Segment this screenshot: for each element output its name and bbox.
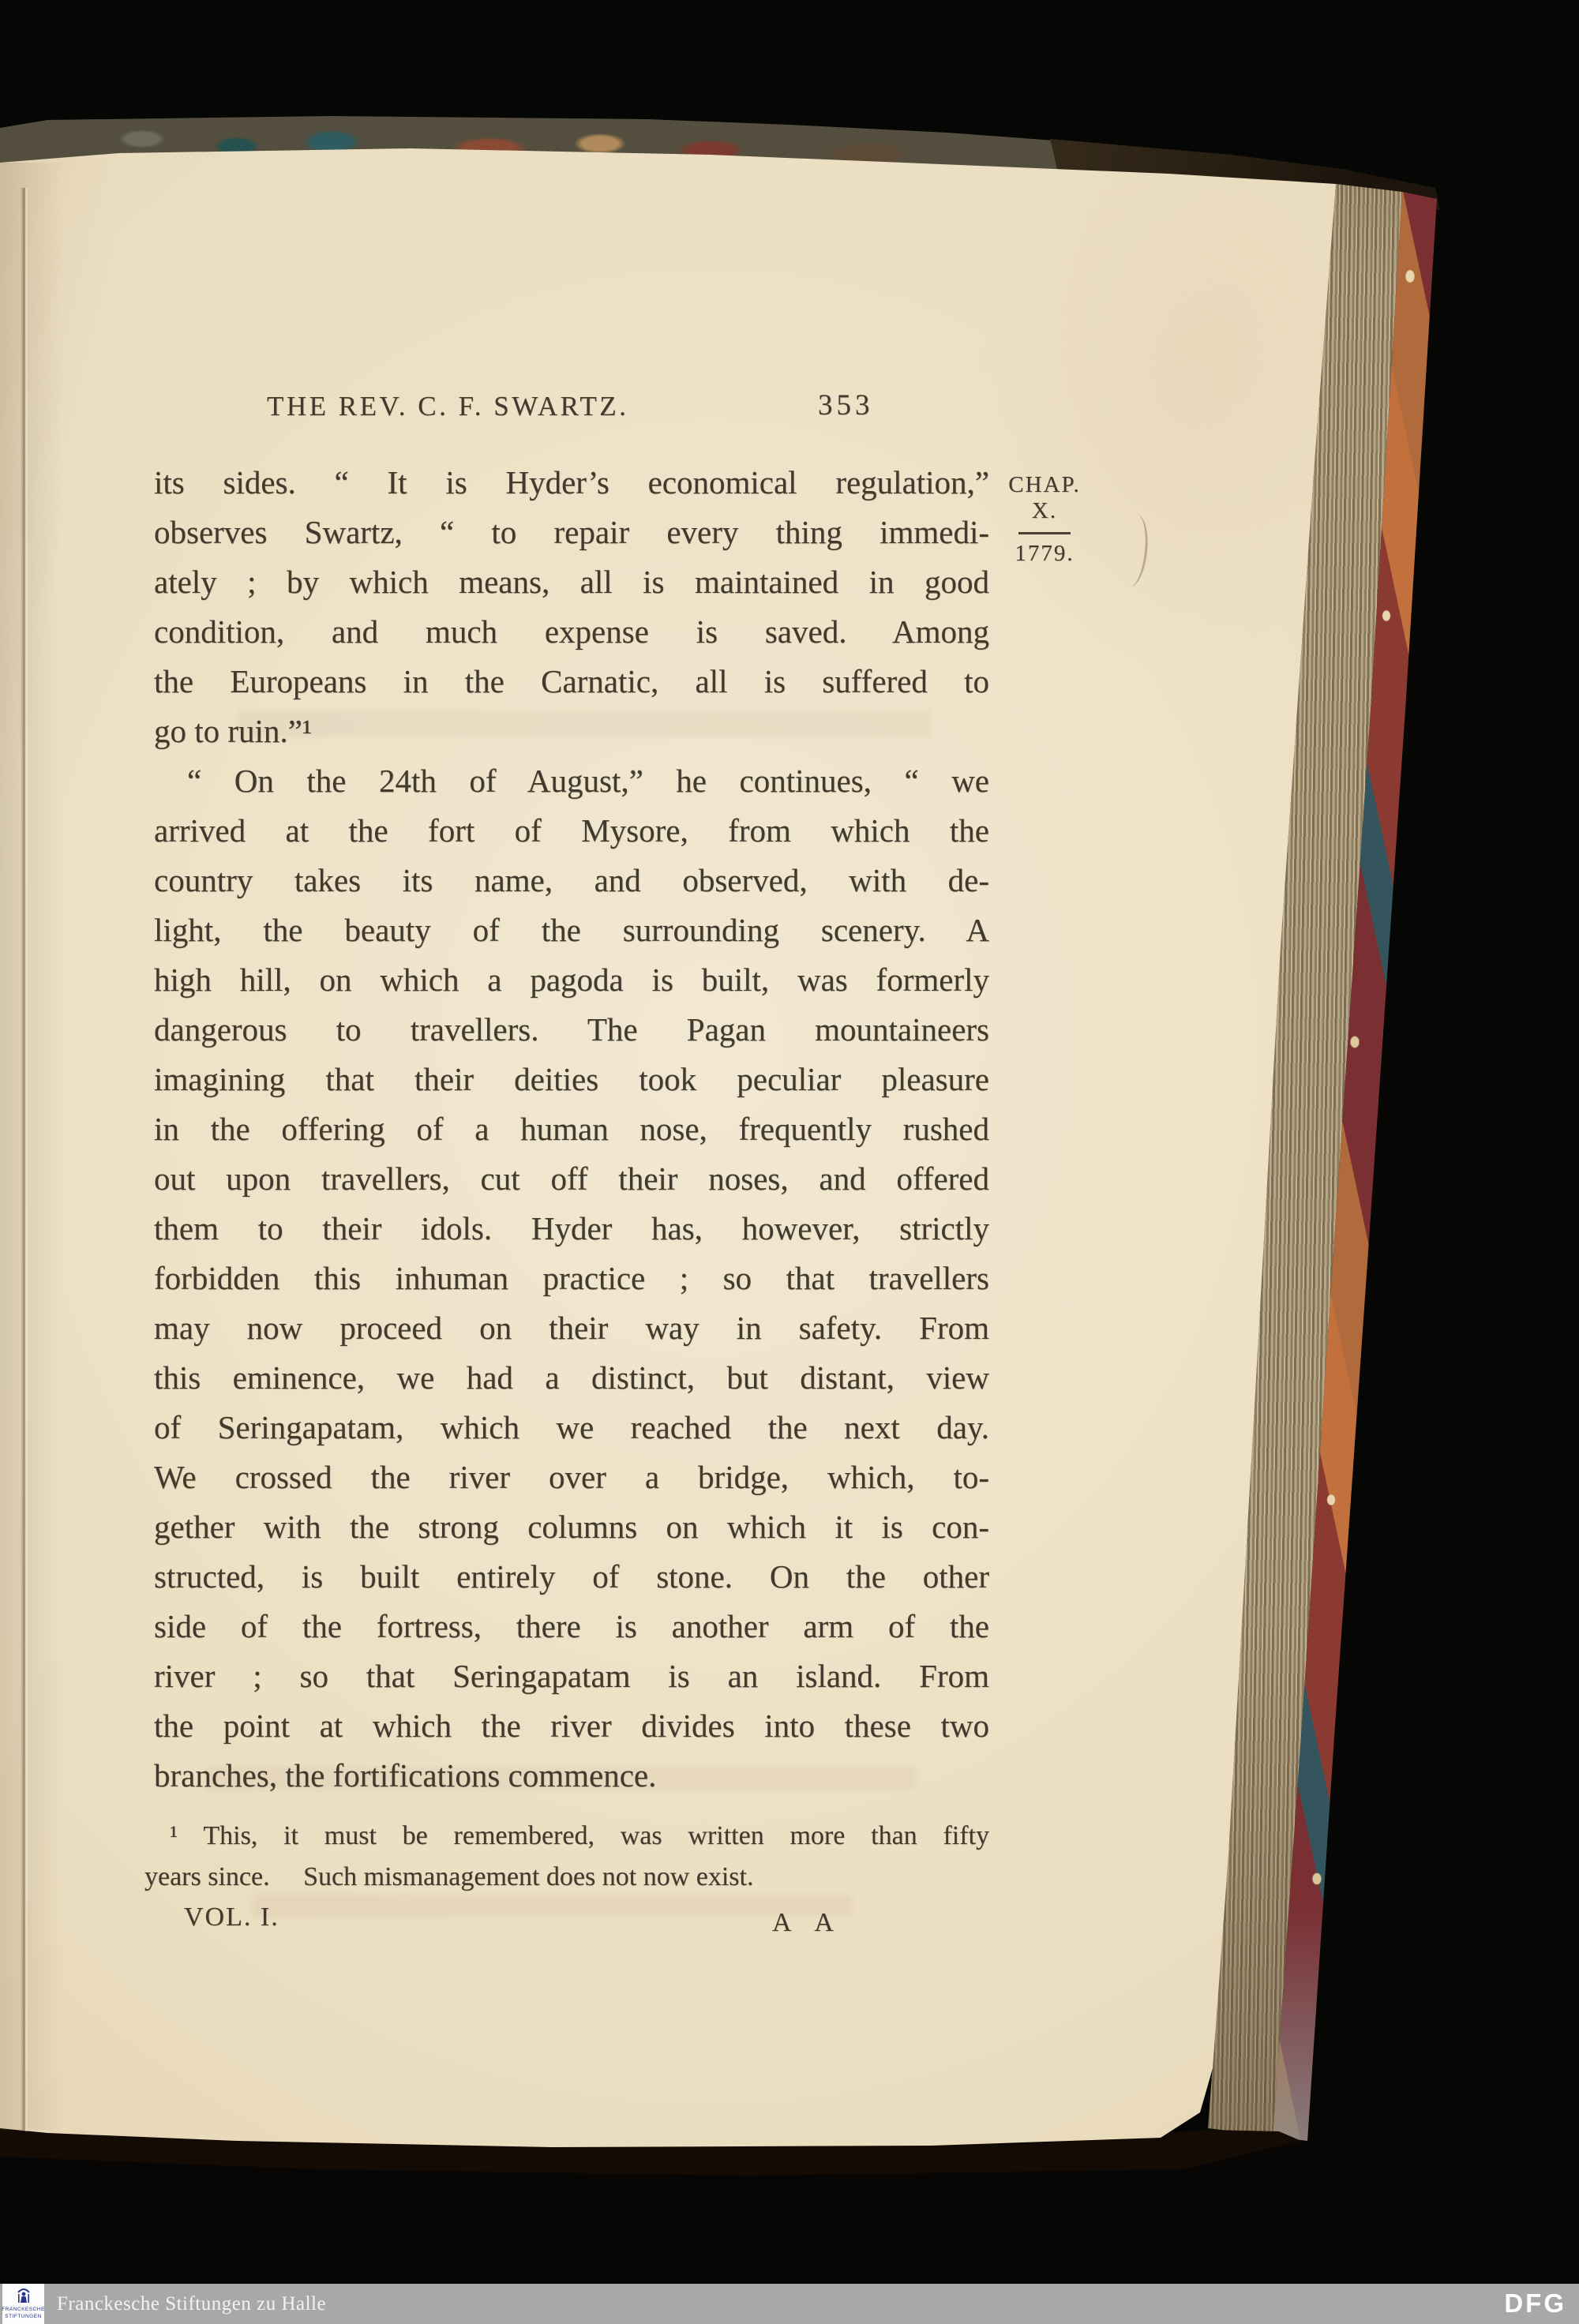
library-name-label: Franckesche Stiftungen zu Halle bbox=[57, 2284, 326, 2324]
show-through-smudge bbox=[253, 1895, 853, 1917]
body-line: may now proceed on their way in safety. … bbox=[154, 1303, 989, 1353]
running-header: THE REV. C. F. SWARTZ. bbox=[267, 391, 628, 422]
page-number: 353 bbox=[818, 388, 874, 422]
franckesche-stiftungen-logo: FRANCKESCHE STIFTUNGEN bbox=[2, 2284, 44, 2324]
body-line: river ; so that Seringapatam is an islan… bbox=[154, 1651, 989, 1701]
body-line: gether with the strong columns on which … bbox=[154, 1502, 989, 1552]
dfg-logo: DFG bbox=[1504, 2284, 1566, 2324]
body-line: light, the beauty of the surrounding sce… bbox=[154, 905, 989, 955]
body-line: them to their idols. Hyder has, however,… bbox=[154, 1204, 989, 1254]
signature-mark: A A bbox=[772, 1908, 843, 1938]
volume-label: VOL. I. bbox=[184, 1902, 279, 1932]
body-line: out upon travellers, cut off their noses… bbox=[154, 1154, 989, 1204]
body-line: forbidden this inhuman practice ; so tha… bbox=[154, 1254, 989, 1303]
body-line: of Seringapatam, which we reached the ne… bbox=[154, 1403, 989, 1452]
chapter-label: CHAP. bbox=[993, 472, 1096, 498]
chapter-year: 1779. bbox=[993, 541, 1096, 567]
footnote-line: ¹ This, it must be remembered, was writt… bbox=[144, 1816, 989, 1857]
body-line: in the offering of a human nose, frequen… bbox=[154, 1104, 989, 1154]
footnote-block: ¹ This, it must be remembered, was writt… bbox=[144, 1816, 989, 1898]
chapter-margin-note: CHAP. X. 1779. bbox=[993, 472, 1096, 567]
body-line: side of the fortress, there is another a… bbox=[154, 1602, 989, 1651]
body-line: arrived at the fort of Mysore, from whic… bbox=[154, 806, 989, 856]
body-line: the Europeans in the Carnatic, all is su… bbox=[154, 657, 989, 707]
body-line: branches, the fortifications commence. bbox=[154, 1751, 989, 1801]
body-line: ately ; by which means, all is maintaine… bbox=[154, 557, 989, 607]
body-line: We crossed the river over a bridge, whic… bbox=[154, 1452, 989, 1502]
body-line: “ On the 24th of August,” he continues, … bbox=[154, 756, 989, 806]
franckesche-logo-text-line1: FRANCKESCHE bbox=[2, 2307, 45, 2313]
body-line: imagining that their deities took peculi… bbox=[154, 1055, 989, 1104]
franckesche-emblem-icon bbox=[17, 2288, 31, 2307]
scanned-book-viewer: THE REV. C. F. SWARTZ. 353 CHAP. X. 1779… bbox=[0, 0, 1579, 2324]
body-line: dangerous to travellers. The Pagan mount… bbox=[154, 1005, 989, 1055]
body-line: this eminence, we had a distinct, but di… bbox=[154, 1353, 989, 1403]
body-line: condition, and much expense is saved. Am… bbox=[154, 607, 989, 657]
body-line: observes Swartz, “ to repair every thing… bbox=[154, 508, 989, 557]
viewer-footer-bar: FRANCKESCHE STIFTUNGEN Franckesche Stift… bbox=[0, 2284, 1579, 2324]
franckesche-logo-text-line2: STIFTUNGEN bbox=[5, 2314, 42, 2320]
margin-note-rule bbox=[1018, 532, 1071, 534]
body-line: the point at which the river divides int… bbox=[154, 1701, 989, 1751]
body-line: structed, is built entirely of stone. On… bbox=[154, 1552, 989, 1602]
body-line: country takes its name, and observed, wi… bbox=[154, 856, 989, 905]
chapter-numeral: X. bbox=[993, 498, 1096, 524]
body-line: high hill, on which a pagoda is built, w… bbox=[154, 955, 989, 1005]
body-text-block: its sides. “ It is Hyder’s economical re… bbox=[154, 458, 989, 1801]
body-line: go to ruin.”¹ bbox=[154, 707, 989, 756]
body-line: its sides. “ It is Hyder’s economical re… bbox=[154, 458, 989, 508]
gutter-crease bbox=[21, 188, 28, 2131]
footnote-line: years since. Such mismanagement does not… bbox=[144, 1857, 989, 1898]
gutter-shading bbox=[0, 163, 63, 2130]
